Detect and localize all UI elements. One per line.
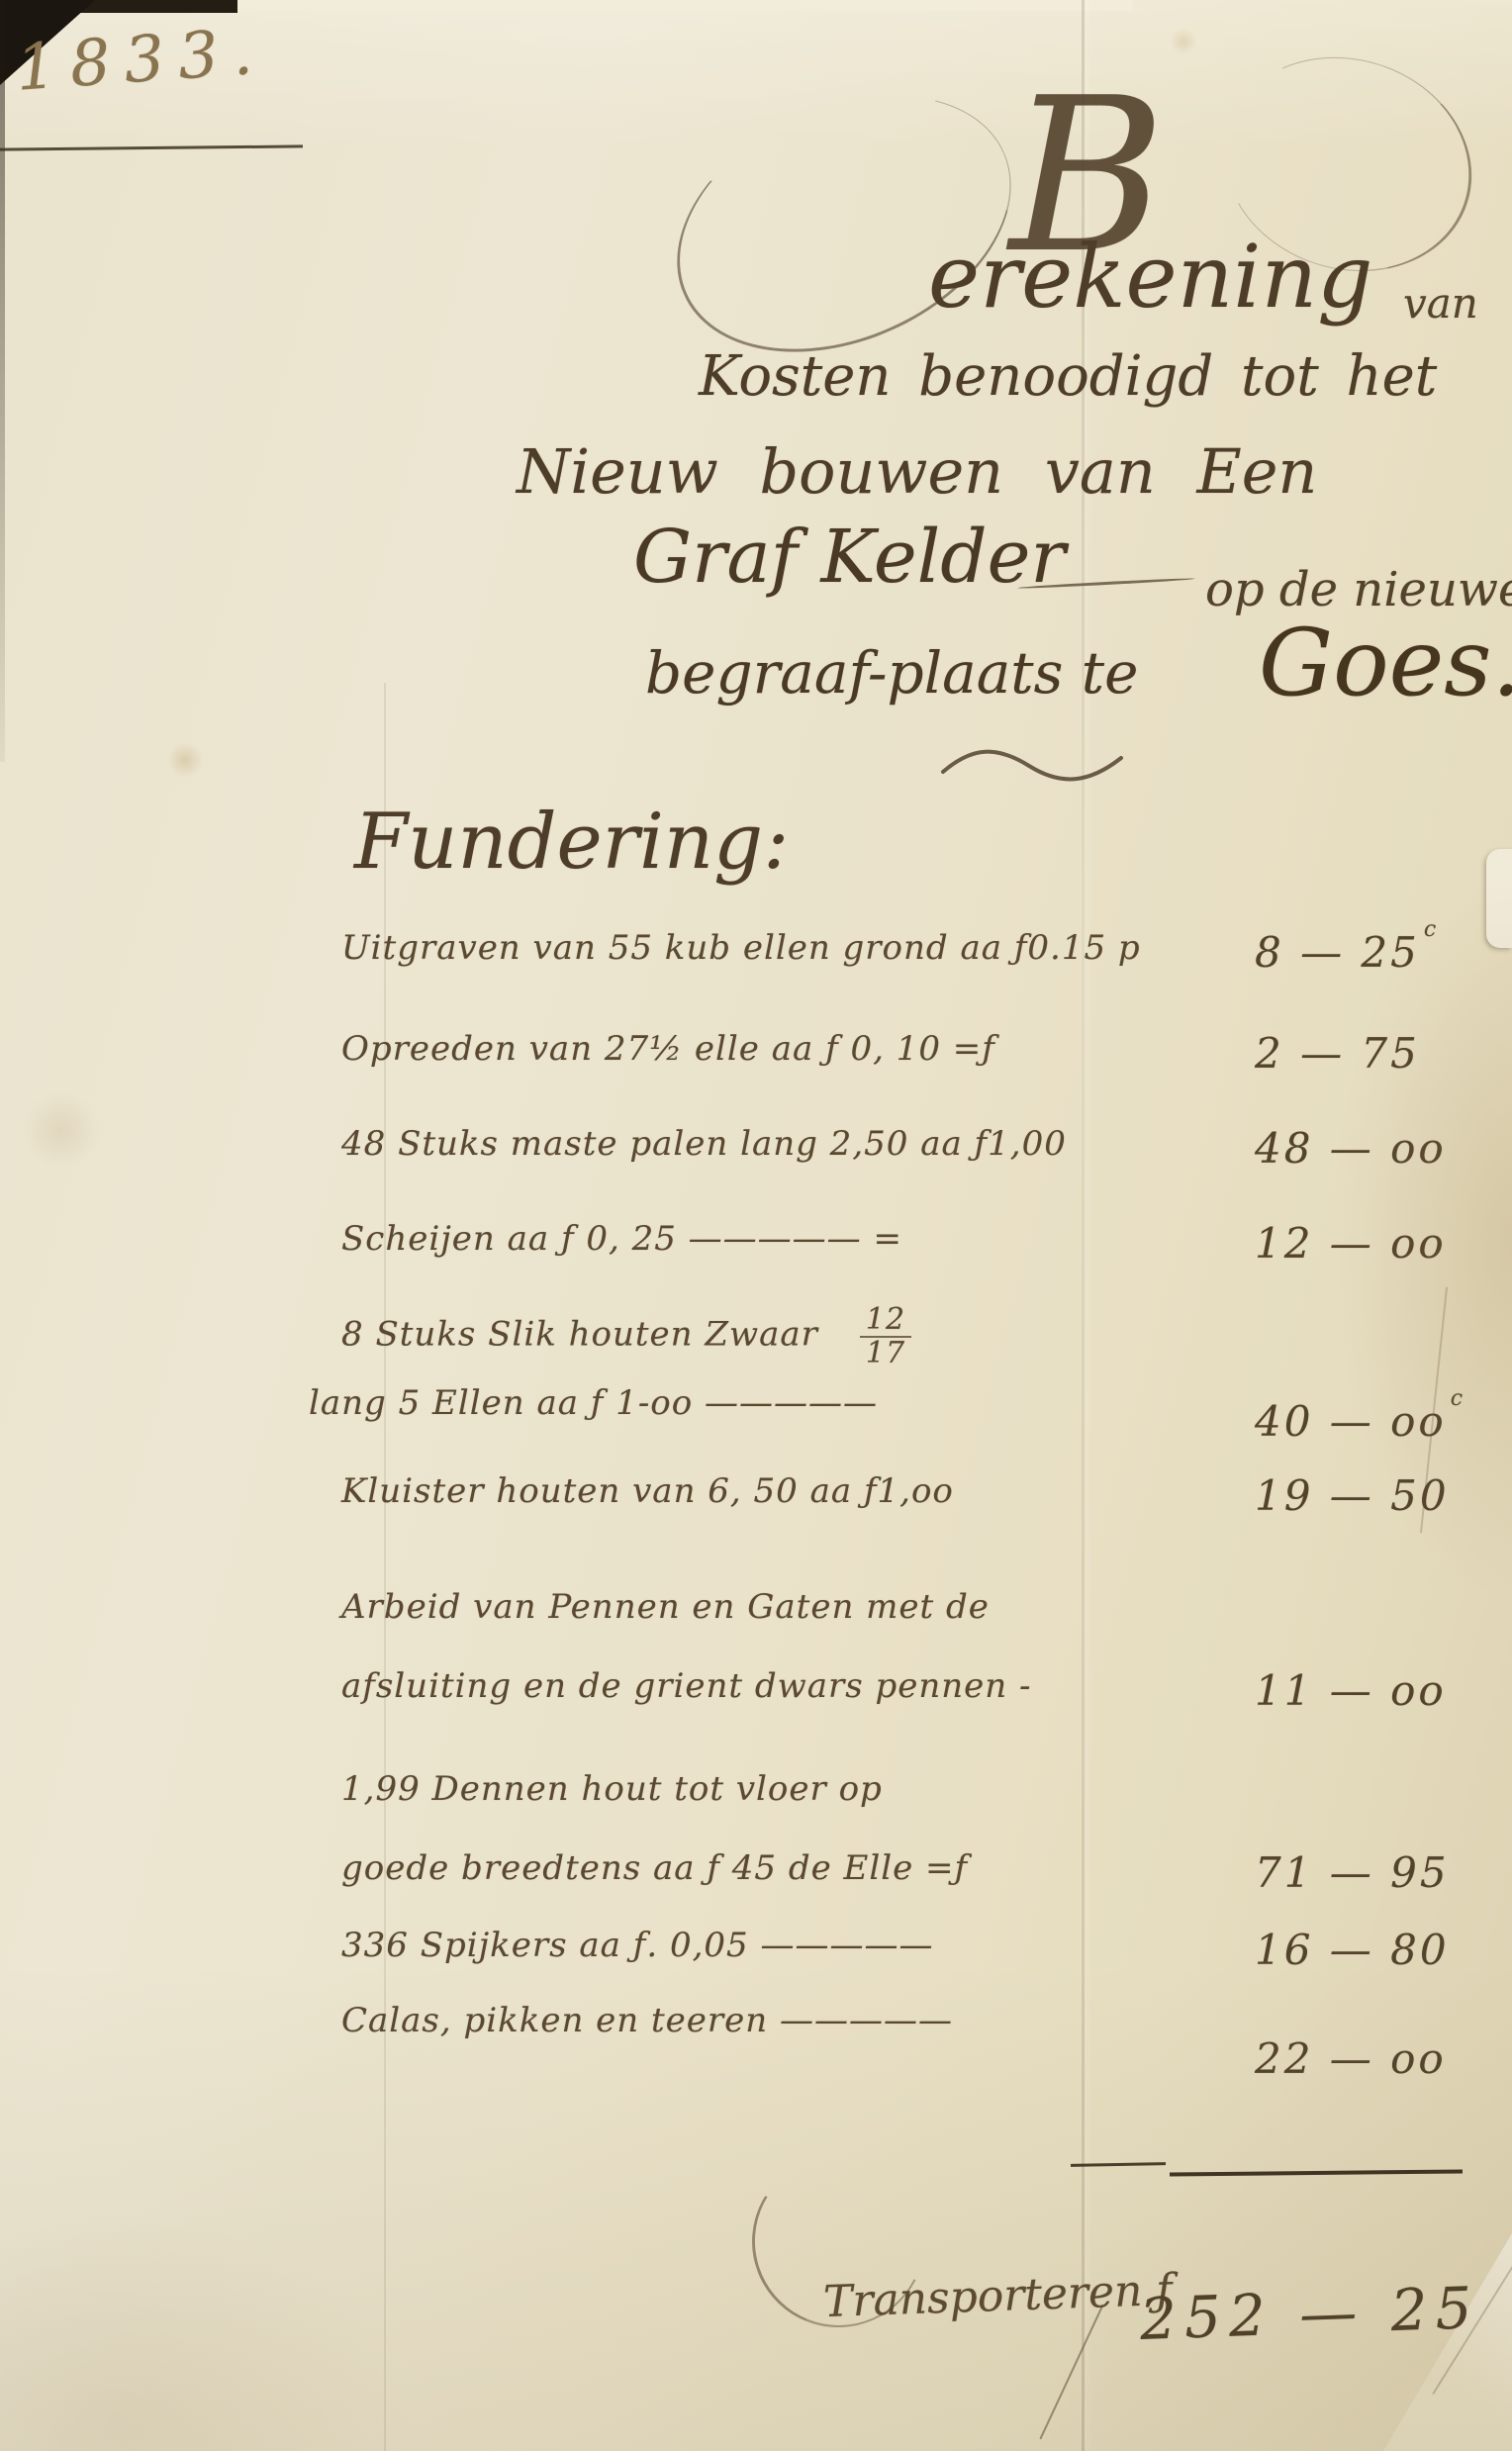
item-text: afsluiting en de grient dwars pennen - [341, 1666, 1032, 1706]
item-amount: 8 — 25c [1255, 928, 1435, 977]
item-amount: 11 — oo [1255, 1666, 1447, 1715]
item-amount: 40 — ooc [1255, 1397, 1462, 1446]
item-text: 336 Spijkers aa ƒ. 0,05 ————— [341, 1926, 933, 1965]
total-rule-long [1170, 2169, 1463, 2176]
item-amount: 48 — oo [1255, 1124, 1447, 1173]
year-underline [0, 144, 303, 150]
total-rule-short [1071, 2162, 1166, 2167]
line-item: 336 Spijkers aa ƒ. 0,05 ————— 16 — 80 [0, 1926, 1512, 1997]
item-text: goede breedtens aa ƒ 45 de Elle =ƒ [341, 1848, 968, 1888]
line-item: 8 Stuks Slik houten Zwaar1217 [0, 1304, 1512, 1375]
item-amount: 19 — 50 [1255, 1471, 1450, 1520]
line-item: 48 Stuks maste palen lang 2,50 aa ƒ1,00 … [0, 1124, 1512, 1195]
item-text: Scheijen aa ƒ 0, 25 ————— = [341, 1219, 902, 1259]
item-text: Arbeid van Pennen en Gaten met de [341, 1587, 990, 1627]
line-item: Arbeid van Pennen en Gaten met de [0, 1587, 1512, 1658]
section-heading: Fundering: [354, 798, 789, 887]
line-item: Calas, pikken en teeren ————— 22 — oo [0, 2001, 1512, 2072]
title-line-2: Kosten benoodigd tot het [699, 344, 1437, 409]
item-amount: 16 — 80 [1255, 1926, 1450, 1974]
title-word: erekening [928, 226, 1372, 328]
line-item: goede breedtens aa ƒ 45 de Elle =ƒ 71 — … [0, 1848, 1512, 1920]
item-text: Opreeden van 27½ elle aa ƒ 0, 10 =ƒ [341, 1029, 995, 1069]
item-text: Calas, pikken en teeren ————— [341, 2001, 953, 2040]
carry-label: Transporteren ƒ [822, 2265, 1173, 2327]
line-item: 1,99 Dennen hout tot vloer op [0, 1769, 1512, 1840]
title-line-5-main: begraaf-plaats te [645, 639, 1138, 707]
item-amount: 12 — oo [1255, 1219, 1447, 1268]
item-text: Uitgraven van 55 kub ellen grond aa ƒ0.1… [341, 928, 1141, 968]
title-line-4-main: Graf Kelder [633, 515, 1066, 600]
title-place-name: Goes. [1259, 610, 1512, 717]
carry-descender-stroke [1039, 2305, 1103, 2440]
left-edge-shadow [0, 0, 5, 762]
item-text: 8 Stuks Slik houten Zwaar1217 [341, 1304, 911, 1368]
line-item: Kluister houten van 6, 50 aa ƒ1,oo 19 — … [0, 1471, 1512, 1543]
line-item: Scheijen aa ƒ 0, 25 ————— = 12 — oo [0, 1219, 1512, 1290]
line-item: Uitgraven van 55 kub ellen grond aa ƒ0.1… [0, 928, 1512, 999]
cents-mark: c [1451, 1386, 1465, 1411]
item-amount: 2 — 75 [1255, 1029, 1420, 1078]
item-text: 48 Stuks maste palen lang 2,50 aa ƒ1,00 [341, 1124, 1067, 1164]
title-squiggle-flourish [938, 744, 1126, 788]
item-amount: 22 — oo [1255, 2034, 1447, 2083]
item-text: Kluister houten van 6, 50 aa ƒ1,oo [341, 1471, 954, 1511]
line-item: Opreeden van 27½ elle aa ƒ 0, 10 =ƒ 2 — … [0, 1029, 1512, 1100]
item-text: 1,99 Dennen hout tot vloer op [341, 1769, 883, 1809]
timber-dimension-fraction: 1217 [860, 1304, 911, 1368]
item-amount: 71 — 95 [1255, 1848, 1450, 1897]
line-item: afsluiting en de grient dwars pennen - 1… [0, 1666, 1512, 1738]
line-item: lang 5 Ellen aa ƒ 1-oo ————— 40 — ooc [0, 1383, 1512, 1455]
cents-mark: c [1424, 917, 1439, 942]
item-text: lang 5 Ellen aa ƒ 1-oo ————— [309, 1383, 878, 1423]
manuscript-page: 1833. B erekening van Kosten benoodigd t… [0, 0, 1512, 2451]
title-van: van [1403, 279, 1478, 328]
title-line-3: Nieuw bouwen van Een [517, 435, 1317, 508]
adjacent-page-edge [237, 0, 1133, 11]
carry-total: 252 — 25 [1139, 2274, 1481, 2353]
